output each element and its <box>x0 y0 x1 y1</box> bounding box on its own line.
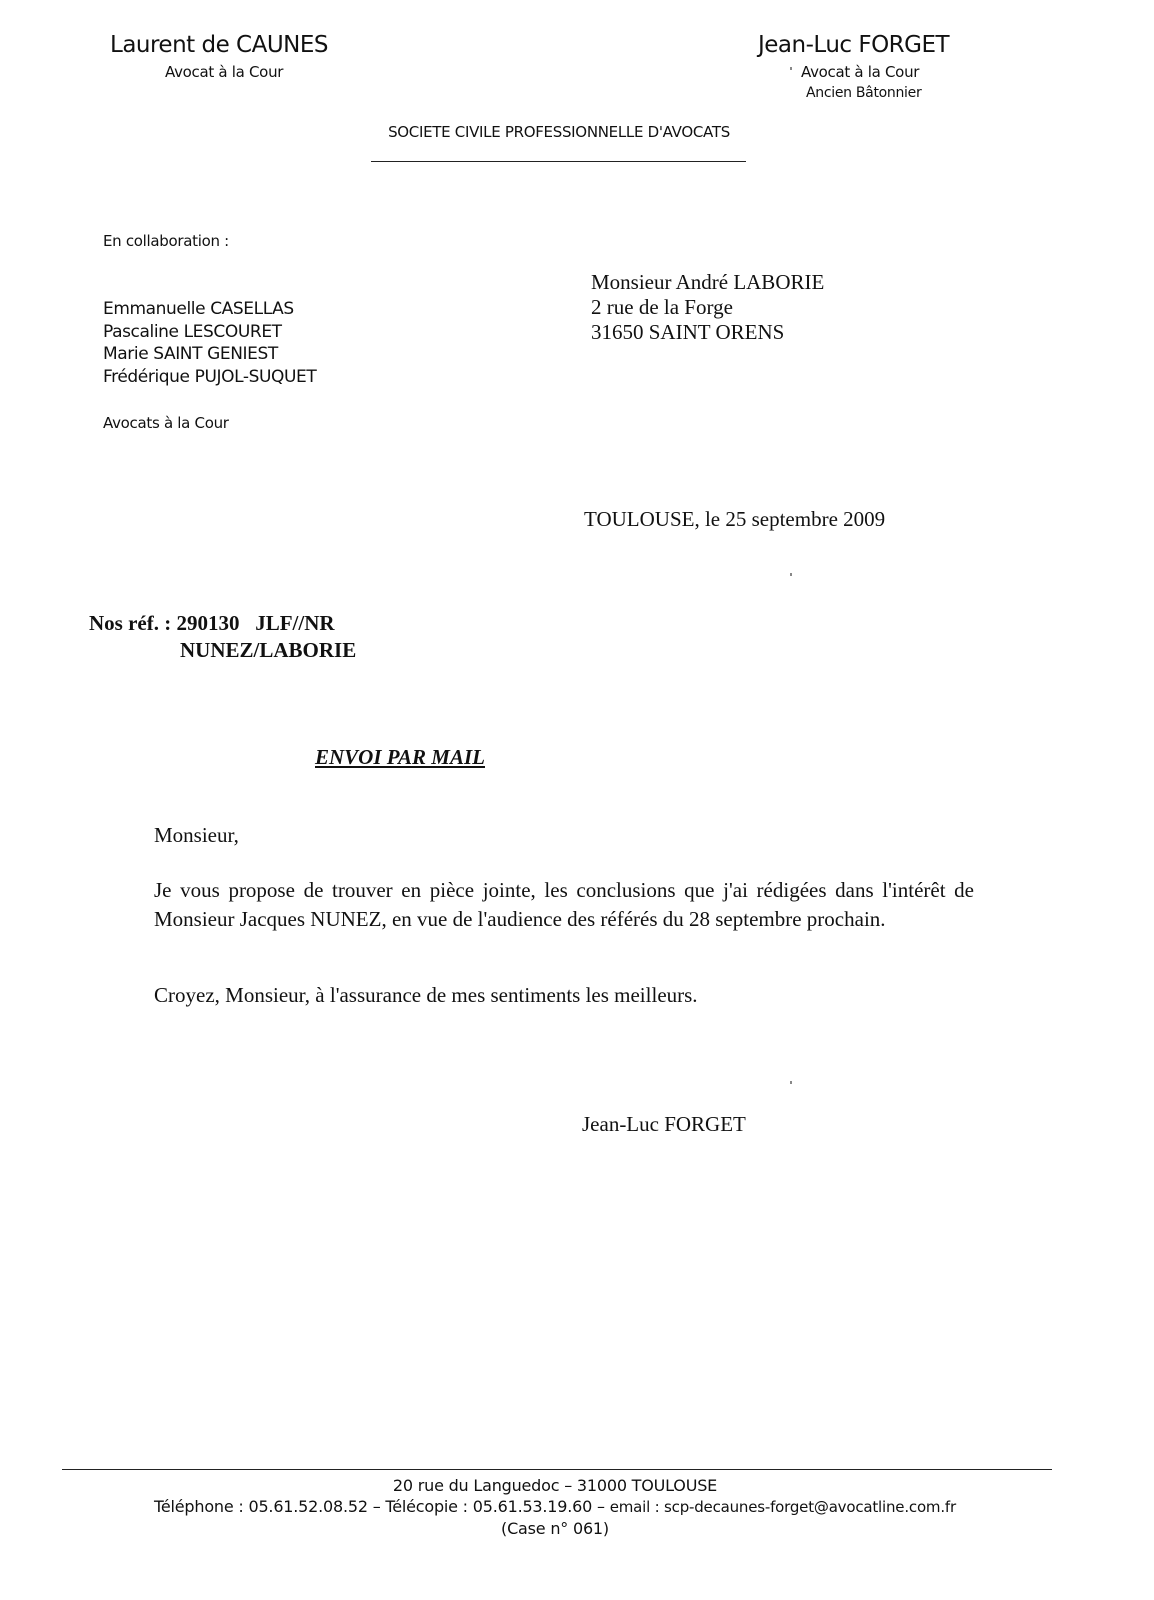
scan-artifact <box>790 573 792 576</box>
footer-contact: Téléphone : 05.61.52.08.52 – Télécopie :… <box>0 1496 1110 1518</box>
delivery-method-heading: ENVOI PAR MAIL <box>315 745 485 770</box>
collaborator-name: Emmanuelle CASELLAS <box>103 298 316 321</box>
letter-body: Je vous propose de trouver en pièce join… <box>154 876 974 934</box>
collaborator-name: Frédérique PUJOL-SUQUET <box>103 366 316 389</box>
footer-case-number: (Case n° 061) <box>0 1518 1110 1539</box>
collaborator-name: Marie SAINT GENIEST <box>103 343 316 366</box>
footer-phone-fax: Téléphone : 05.61.52.08.52 – Télécopie :… <box>154 1497 610 1516</box>
right-partner-title: Avocat à la Cour <box>801 63 919 81</box>
recipient-city: 31650 SAINT ORENS <box>591 320 824 345</box>
left-partner-title: Avocat à la Cour <box>165 63 283 81</box>
reference-number: Nos réf. : 290130 JLF//NR <box>89 610 356 637</box>
collaboration-label: En collaboration : <box>103 232 229 250</box>
right-partner-subtitle: Ancien Bâtonnier <box>806 85 921 101</box>
recipient-name: Monsieur André LABORIE <box>591 270 824 295</box>
recipient-address: Monsieur André LABORIE 2 rue de la Forge… <box>591 270 824 345</box>
reference-case: NUNEZ/LABORIE <box>89 637 356 664</box>
collaboration-footer: Avocats à la Cour <box>103 414 229 432</box>
footer-email: email : scp-decaunes-forget@avocatline.c… <box>610 1498 956 1516</box>
left-partner-name: Laurent de CAUNES <box>110 32 328 58</box>
header-divider <box>371 161 746 162</box>
scan-artifact <box>790 1081 792 1084</box>
collaborator-list: Emmanuelle CASELLAS Pascaline LESCOURET … <box>103 298 316 388</box>
scan-artifact <box>790 67 792 70</box>
collaborator-name: Pascaline LESCOURET <box>103 321 316 344</box>
signature: Jean-Luc FORGET <box>582 1112 746 1137</box>
right-partner-name: Jean-Luc FORGET <box>758 32 949 58</box>
date-line: TOULOUSE, le 25 septembre 2009 <box>584 507 885 532</box>
closing-formula: Croyez, Monsieur, à l'assurance de mes s… <box>154 983 698 1008</box>
recipient-street: 2 rue de la Forge <box>591 295 824 320</box>
footer-divider <box>62 1469 1052 1470</box>
references: Nos réf. : 290130 JLF//NR NUNEZ/LABORIE <box>89 610 356 664</box>
salutation: Monsieur, <box>154 823 239 848</box>
footer-address: 20 rue du Languedoc – 31000 TOULOUSE <box>0 1475 1110 1496</box>
firm-type-heading: SOCIETE CIVILE PROFESSIONNELLE D'AVOCATS <box>0 123 1118 141</box>
footer: 20 rue du Languedoc – 31000 TOULOUSE Tél… <box>0 1475 1110 1539</box>
